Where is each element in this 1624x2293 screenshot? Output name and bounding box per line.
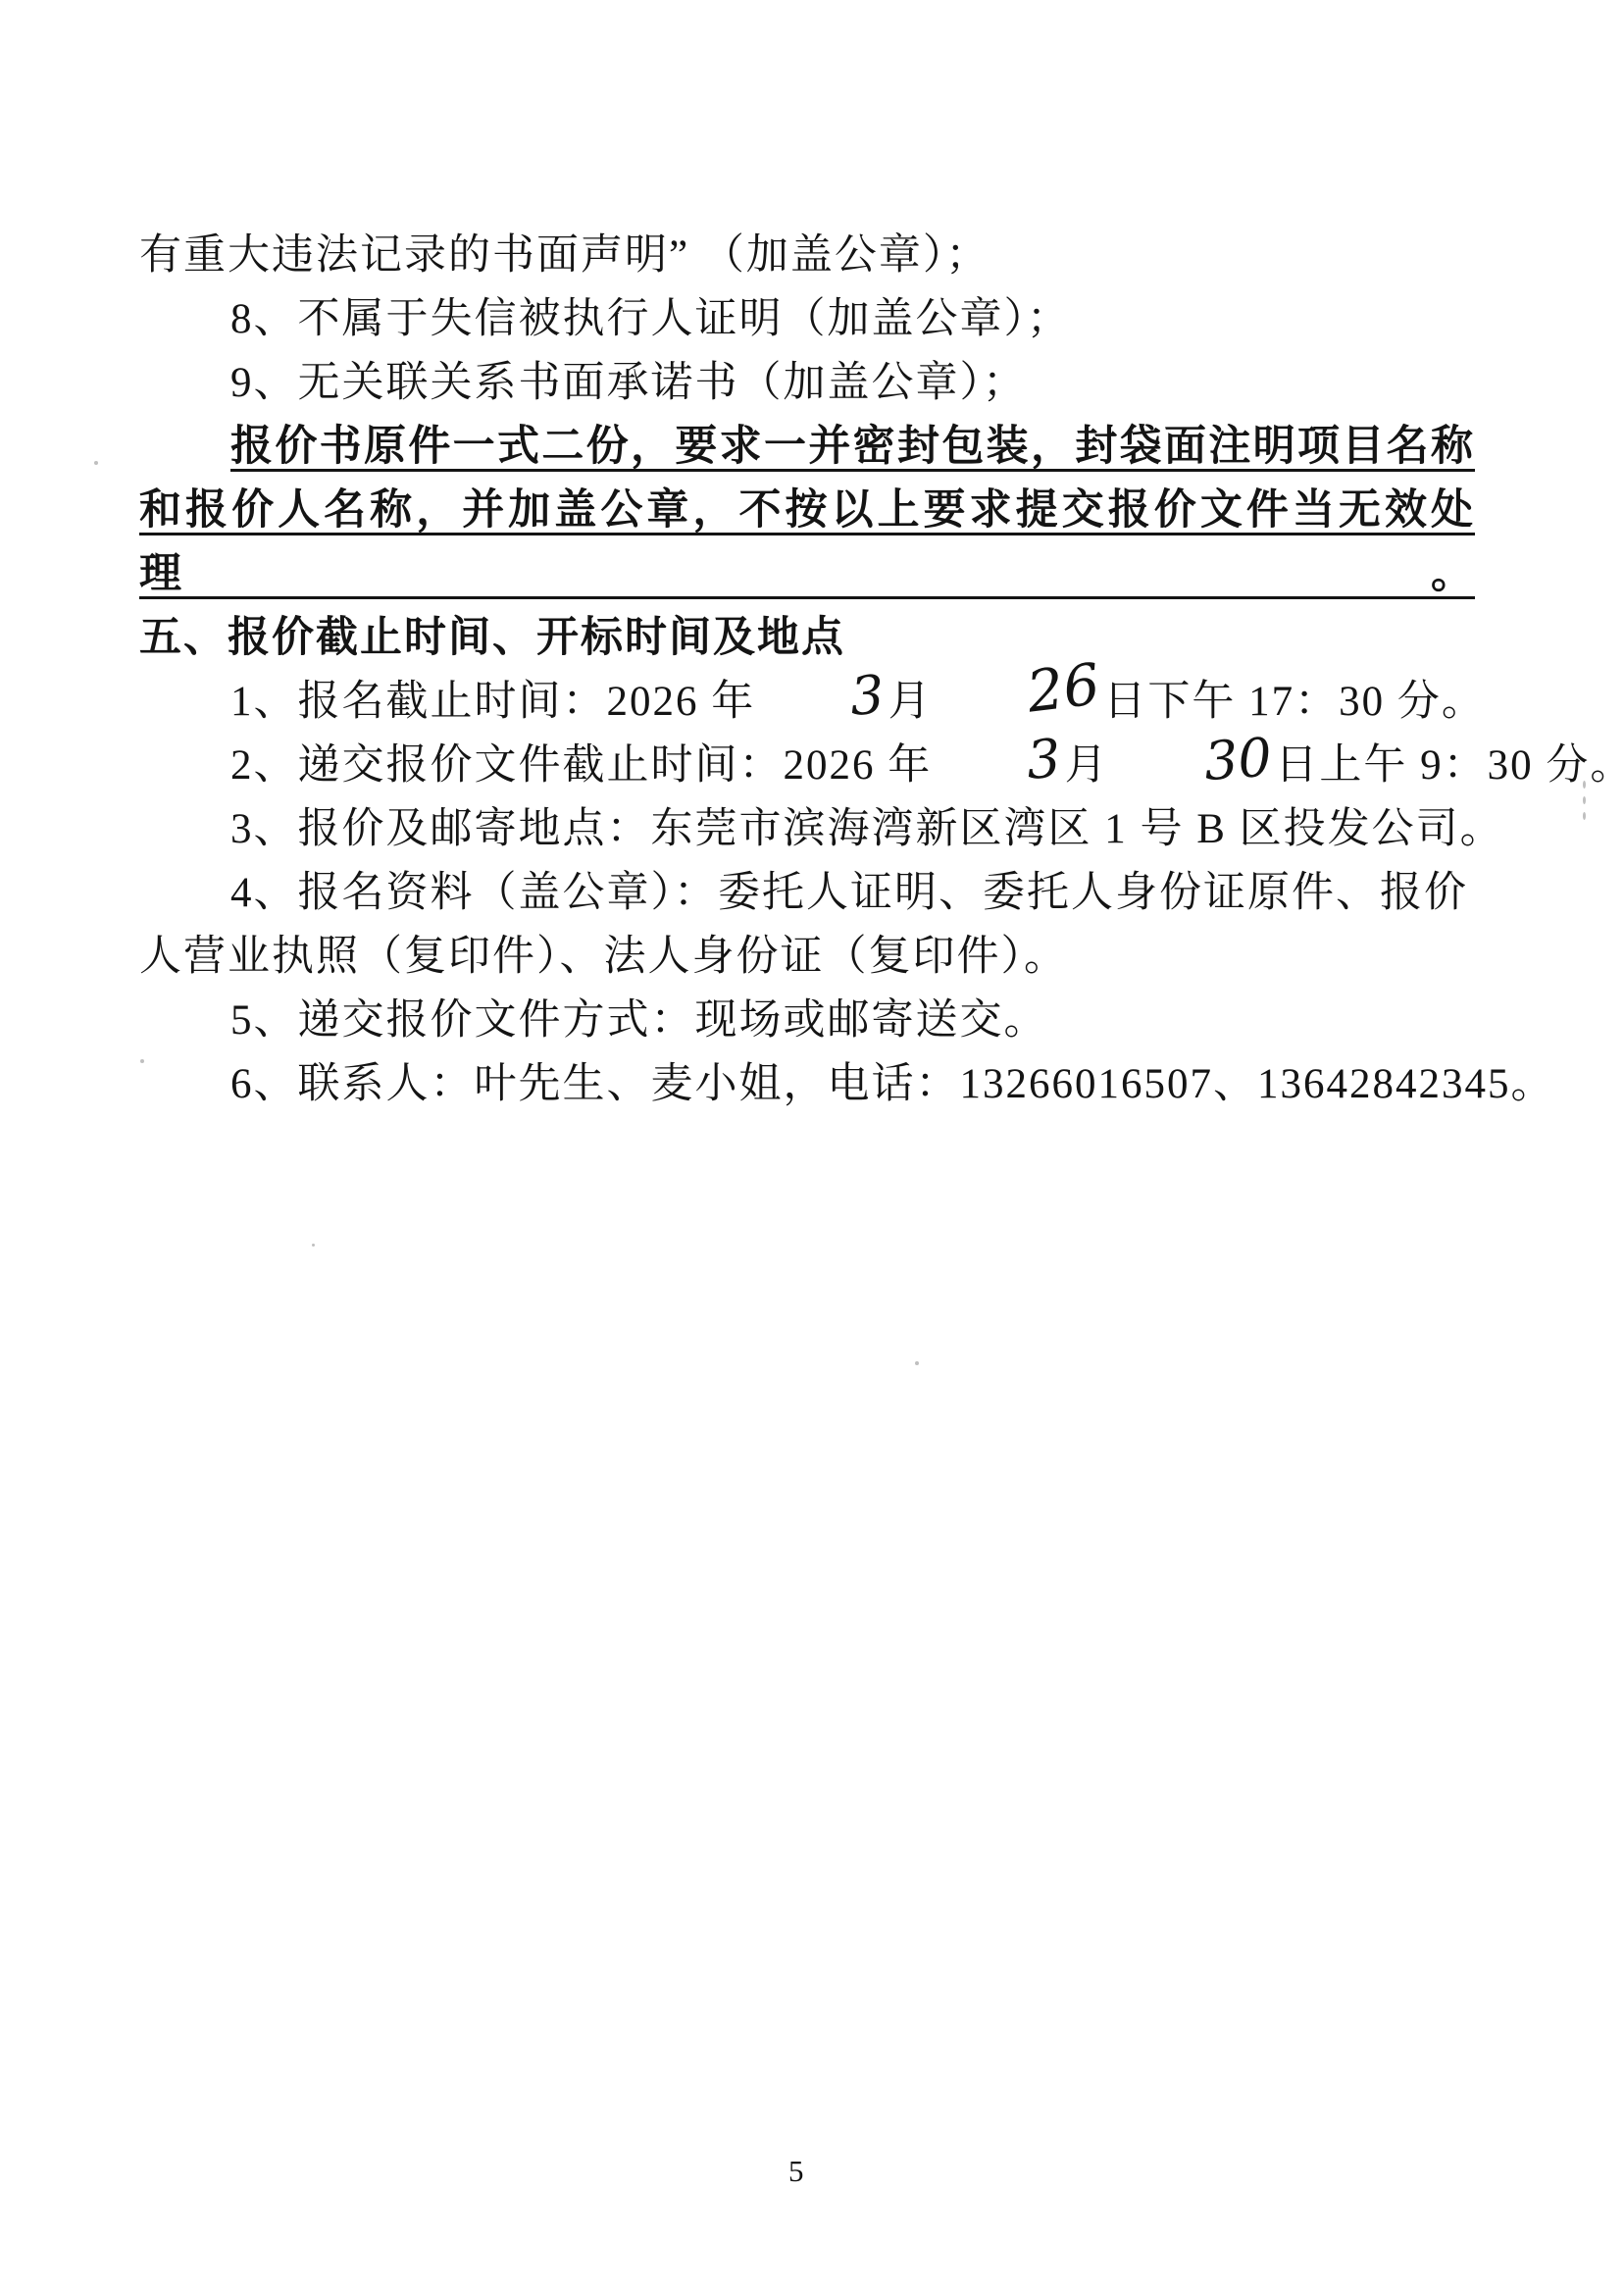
sealed-package-notice-line-1: 报价书原件一式二份，要求一并密封包装，封袋面注明项目名称 — [139, 415, 1475, 479]
item-1-suffix: 日下午 17：30 分。 — [1103, 679, 1486, 725]
item-2-suffix: 日上午 9：30 分。 — [1275, 742, 1624, 789]
item-2-handwritten-month: 3 — [933, 758, 1065, 767]
page-number: 5 — [788, 2154, 804, 2189]
sealed-package-notice-line-2: 和报价人名称，并加盖公章，不按以上要求提交报价文件当无效处理。 — [139, 479, 1475, 606]
item-2-handwritten-day: 30 — [1109, 757, 1275, 769]
scan-speck — [1583, 781, 1586, 789]
scan-speck — [1583, 796, 1586, 804]
item-2-submission-deadline: 2、递交报价文件截止时间：2026 年3月30日上午 9：30 分。 — [139, 734, 1475, 797]
scan-speck — [94, 461, 98, 465]
document-text-block: 有重大违法记录的书面声明” （加盖公章）； 8、不属于失信被执行人证明（加盖公章… — [139, 224, 1475, 1116]
item-4-registration-materials-line-1: 4、报名资料（盖公章）：委托人证明、委托人身份证原件、报价 — [139, 861, 1475, 925]
list-item-9: 9、无关联关系书面承诺书（加盖公章）； — [139, 351, 1475, 415]
item-1-registration-deadline: 1、报名截止时间：2026 年3月26日下午 17：30 分。 — [139, 670, 1475, 734]
scan-speck — [1583, 812, 1586, 820]
item-4-registration-materials-line-2: 人营业执照（复印件）、法人身份证（复印件）。 — [139, 925, 1475, 989]
scan-speck — [915, 1361, 919, 1365]
item-2-prefix: 2、递交报价文件截止时间：2026 年 — [230, 742, 932, 789]
item-5-submission-method: 5、递交报价文件方式：现场或邮寄送交。 — [139, 989, 1475, 1052]
item-1-month-label: 月 — [888, 679, 933, 725]
item-3-mailing-address: 3、报价及邮寄地点：东莞市滨海湾新区湾区 1 号 B 区投发公司。 — [139, 797, 1475, 861]
item-1-handwritten-day: 26 — [933, 683, 1103, 703]
item-1-prefix: 1、报名截止时间：2026 年 — [230, 679, 755, 725]
section-5-heading: 五、报价截止时间、开标时间及地点 — [139, 606, 1475, 670]
item-2-month-label: 月 — [1065, 742, 1109, 789]
list-item-8: 8、不属于失信被执行人证明（加盖公章）； — [139, 287, 1475, 351]
carryover-line: 有重大违法记录的书面声明” （加盖公章）； — [139, 224, 1475, 287]
item-1-handwritten-month: 3 — [756, 694, 888, 703]
scanned-document-page: 有重大违法记录的书面声明” （加盖公章）； 8、不属于失信被执行人证明（加盖公章… — [0, 0, 1624, 2293]
scan-speck — [140, 1059, 144, 1063]
scan-speck — [312, 1244, 315, 1247]
item-6-contact-info: 6、联系人：叶先生、麦小姐，电话：13266016507、13642842345… — [139, 1052, 1475, 1116]
